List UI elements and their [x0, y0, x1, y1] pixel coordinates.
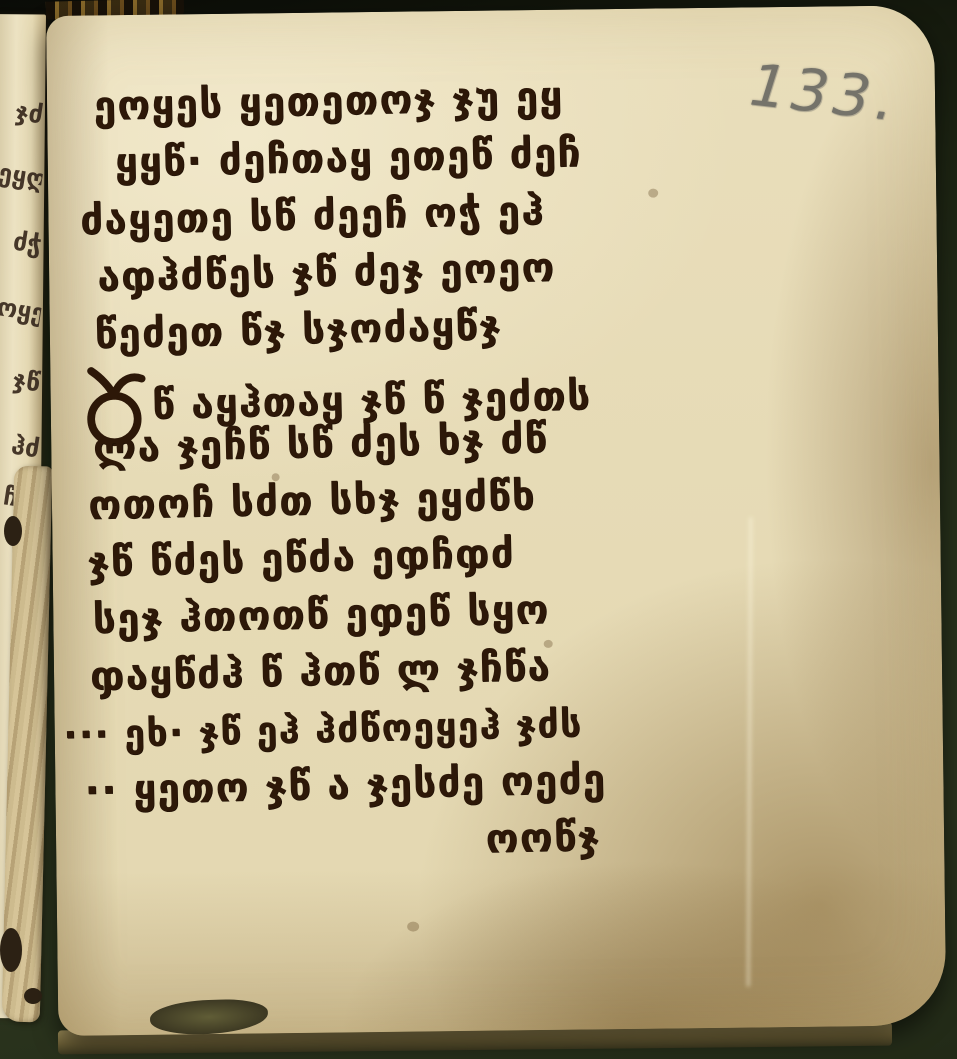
- manuscript-page: 133. ეოყეს ყეთეთოჯ ჯუ ეყ ყყწ· ძეჩთაყ ეთე…: [46, 5, 946, 1036]
- neighbor-text-fragment: ოყე: [0, 293, 43, 327]
- neighbor-text-fragment: ეყღ: [0, 159, 44, 193]
- neighbor-text-fragment: ჯძ: [0, 95, 45, 129]
- text-line-final: ოოწჯ: [485, 804, 804, 868]
- spine-dark-spot: [4, 516, 22, 546]
- neighbor-text-fragment: ჯწ: [0, 363, 42, 397]
- spine-dark-spot: [24, 988, 42, 1004]
- photograph: ჯძ ეყღ ძჭ ოყე ჯწ ჰძ ჩჶ ჯ· 133. ეოყეს ყეთ…: [0, 0, 957, 1059]
- stain-spot: [407, 922, 419, 932]
- neighbor-text-fragment: ჰძ: [0, 429, 41, 463]
- neighbor-text-fragment: ძჭ: [0, 225, 43, 259]
- spine-dark-spot: [0, 928, 22, 972]
- text-block: ეოყეს ყეთეთოჯ ჯუ ეყ ყყწ· ძეჩთაყ ეთეწ ძეჩ…: [77, 64, 804, 877]
